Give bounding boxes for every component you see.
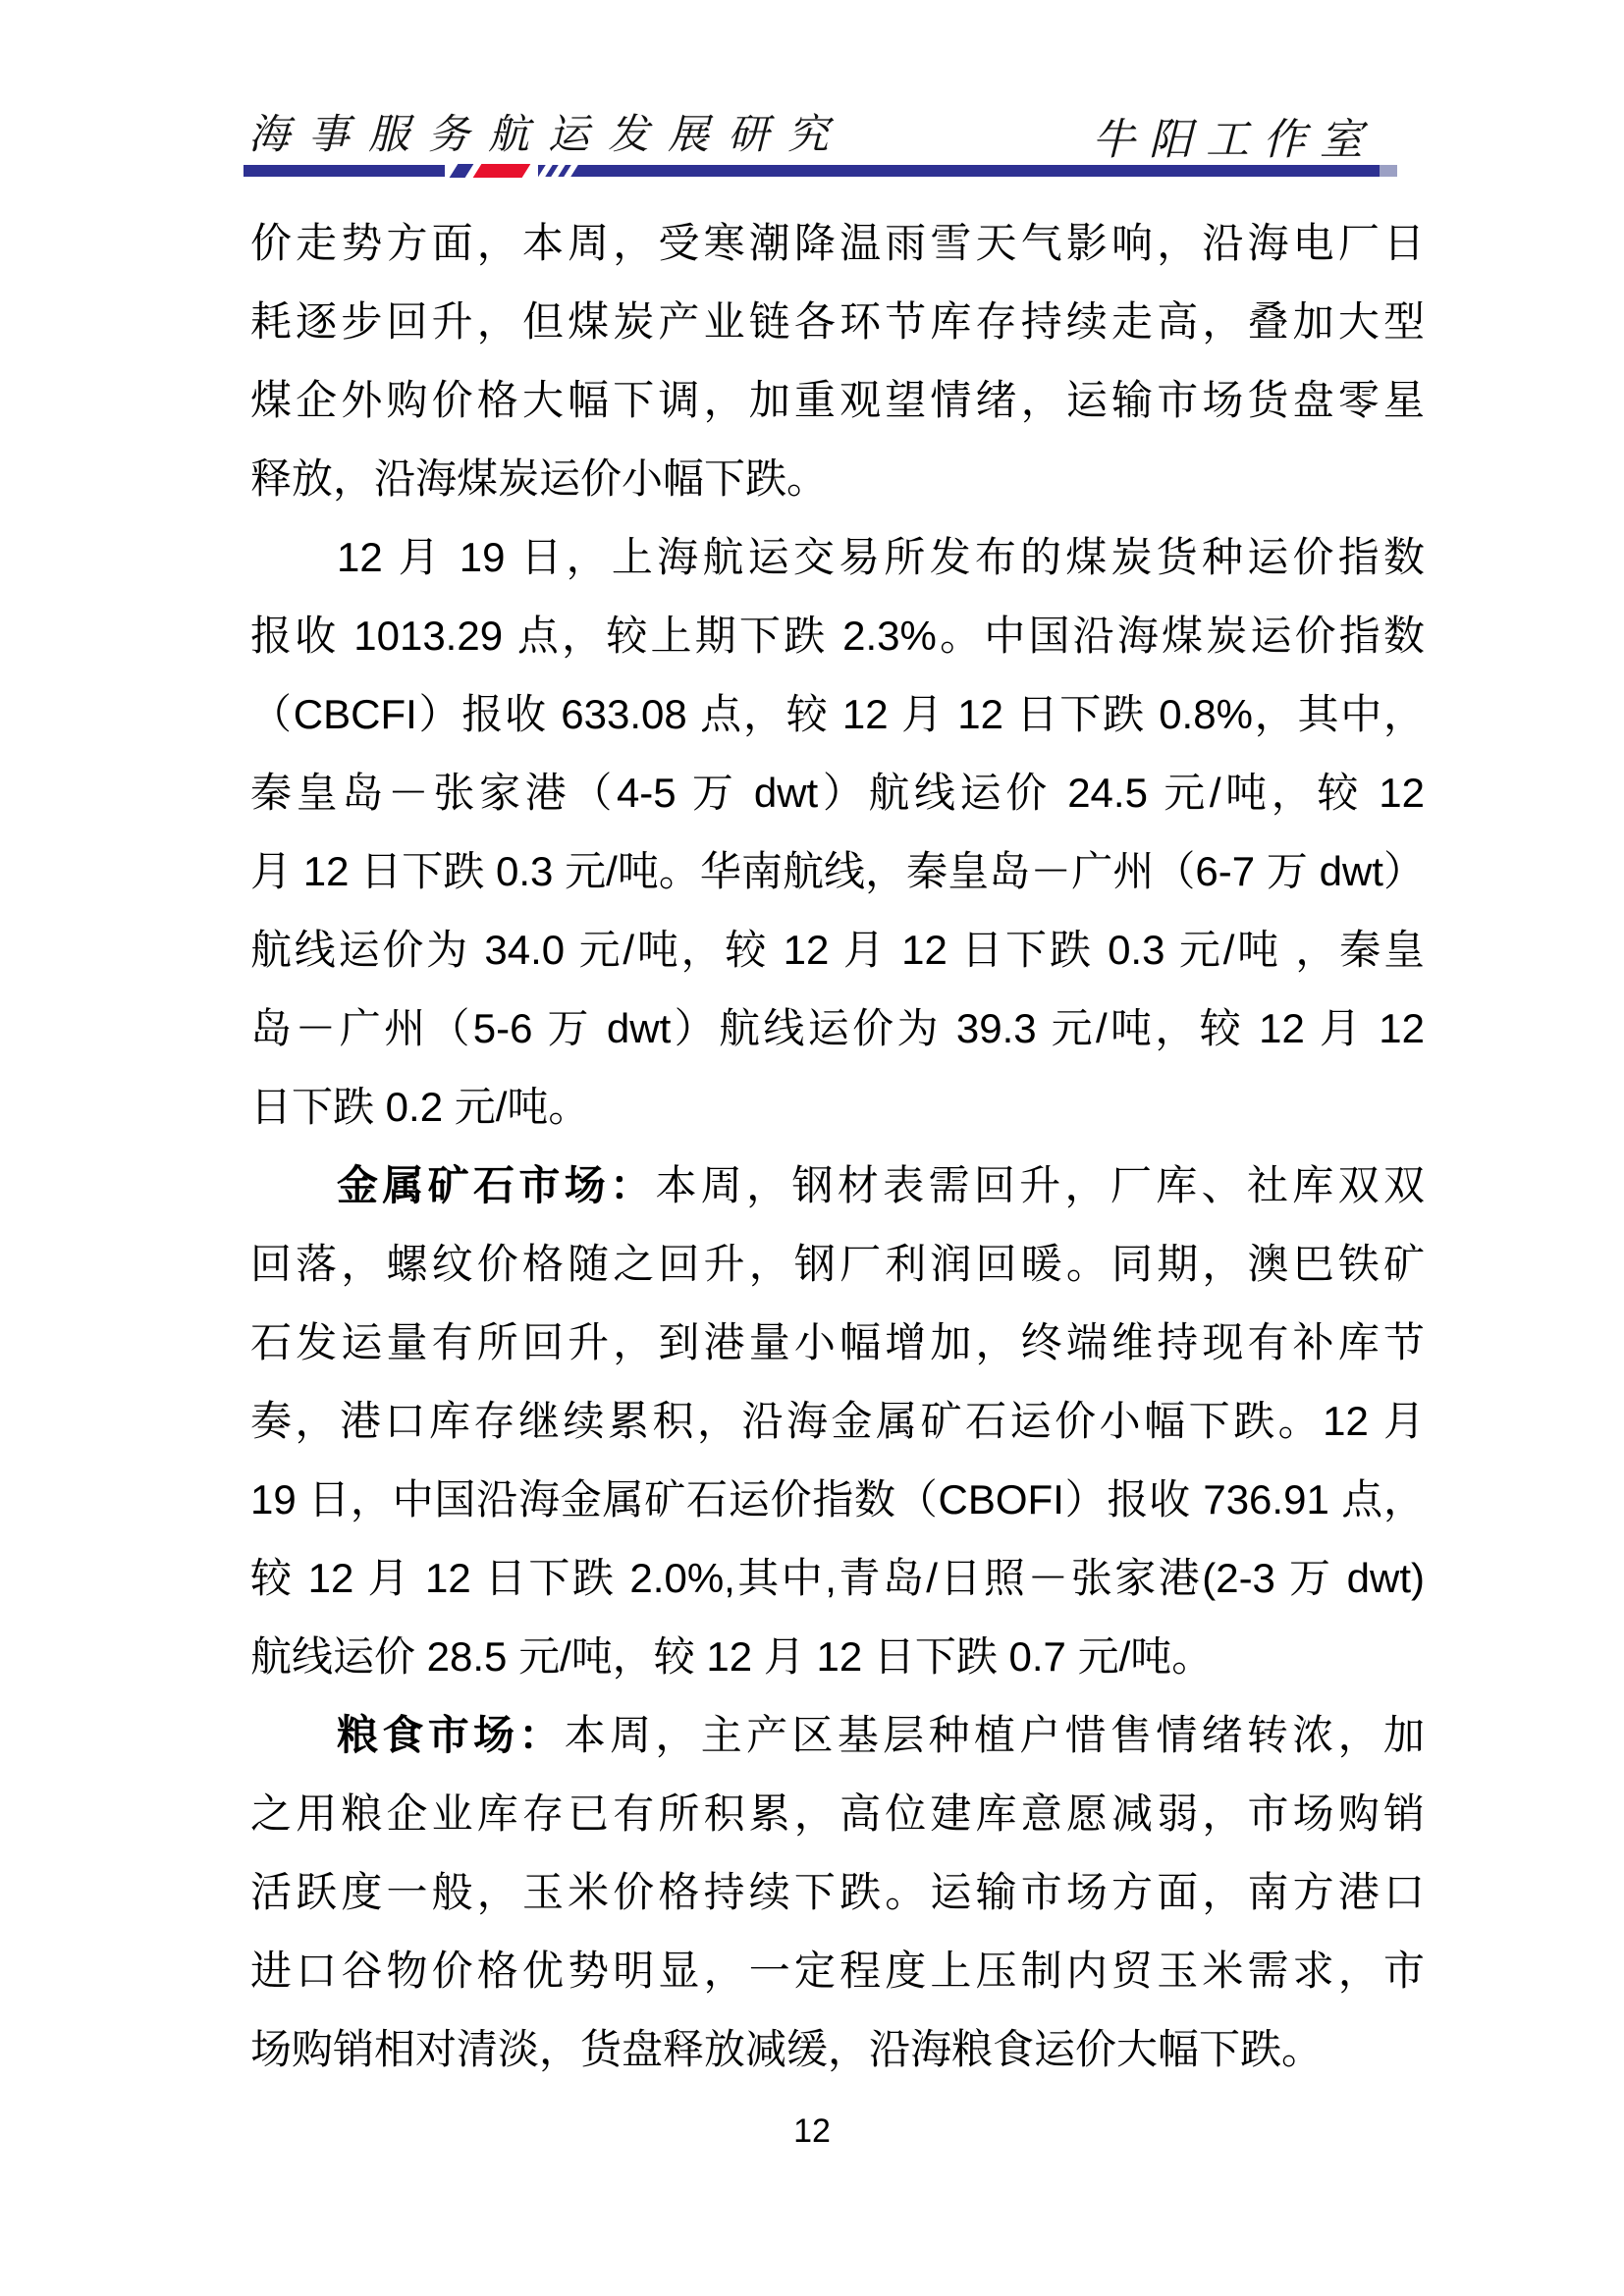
header-divider — [244, 165, 1397, 177]
page-number: 12 — [793, 2112, 831, 2151]
text-line: 秦皇岛－张家港（4-5 万 dwt）航线运价 24.5 元/吨，较 12 — [250, 754, 1425, 832]
text-line: 航线运价 28.5 元/吨，较 12 月 12 日下跌 0.7 元/吨。 — [250, 1618, 1425, 1696]
text-line: 粮食市场：本周，主产区基层种植户惜售情绪转浓，加 — [250, 1696, 1425, 1775]
divider-bar-right — [538, 165, 1380, 177]
body-text: 价走势方面，本周，受寒潮降温雨雪天气影响，沿海电厂日耗逐步回升，但煤炭产业链各环… — [250, 204, 1425, 2089]
header-title-right: 牛阳工作室 — [1092, 104, 1377, 167]
paragraph-lead-bold: 金属矿石市场： — [337, 1162, 655, 1208]
text-line: 12 月 19 日，上海航运交易所发布的煤炭货种运价指数 — [250, 518, 1425, 597]
text-line: 耗逐步回升，但煤炭产业链各环节库存持续走高，叠加大型 — [250, 283, 1425, 361]
text-line: 回落，螺纹价格随之回升，钢厂利润回暖。同期，澳巴铁矿 — [250, 1225, 1425, 1304]
text-line: 石发运量有所回升，到港量小幅增加，终端维持现有补库节 — [250, 1304, 1425, 1382]
text-line: 煤企外购价格大幅下调，加重观望情绪，运输市场货盘零星 — [250, 361, 1425, 440]
page-footer: 12 — [0, 2112, 1624, 2151]
document-page: 海事服务航运发展研究 牛阳工作室 价走势方面，本周，受寒潮降温雨雪天气影响，沿海… — [0, 0, 1624, 2296]
text-line: 场购销相对清淡，货盘释放减缓，沿海粮食运价大幅下跌。 — [250, 2010, 1425, 2089]
text-line: 进口谷物价格优势明显，一定程度上压制内贸玉米需求，市 — [250, 1932, 1425, 2010]
text-line: 日下跌 0.2 元/吨。 — [250, 1068, 1425, 1147]
divider-bar-left — [244, 165, 445, 177]
divider-bar-tail — [1380, 165, 1397, 177]
text-line: 之用粮企业库存已有所积累，高位建库意愿减弱，市场购销 — [250, 1775, 1425, 1853]
text-line: 金属矿石市场：本周，钢材表需回升，厂库、社库双双 — [250, 1147, 1425, 1225]
text-line: 航线运价为 34.0 元/吨，较 12 月 12 日下跌 0.3 元/吨 ，秦皇 — [250, 911, 1425, 989]
paragraph-lead-bold: 粮食市场： — [337, 1712, 565, 1758]
text-line: 价走势方面，本周，受寒潮降温雨雪天气影响，沿海电厂日 — [250, 204, 1425, 283]
text-line: 月 12 日下跌 0.3 元/吨。华南航线，秦皇岛－广州（6-7 万 dwt） — [250, 832, 1425, 911]
divider-accent-red-slash — [473, 164, 531, 178]
divider-accent-navy-slash — [450, 164, 474, 178]
text-line: 活跃度一般，玉米价格持续下跌。运输市场方面，南方港口 — [250, 1853, 1425, 1932]
text-line: 报收 1013.29 点，较上期下跌 2.3%。中国沿海煤炭运价指数 — [250, 597, 1425, 675]
header-title-left: 海事服务航运发展研究 — [248, 102, 847, 161]
text-line: 较 12 月 12 日下跌 2.0%,其中,青岛/日照－张家港(2-3 万 dw… — [250, 1539, 1425, 1618]
text-line: 释放，沿海煤炭运价小幅下跌。 — [250, 440, 1425, 518]
text-line: 奏，港口库存继续累积，沿海金属矿石运价小幅下跌。12 月 — [250, 1382, 1425, 1461]
text-line: 19 日，中国沿海金属矿石运价指数（CBOFI）报收 736.91 点， — [250, 1461, 1425, 1539]
text-line: （CBCFI）报收 633.08 点，较 12 月 12 日下跌 0.8%，其中… — [250, 675, 1425, 754]
text-line: 岛－广州（5-6 万 dwt）航线运价为 39.3 元/吨，较 12 月 12 — [250, 989, 1425, 1068]
